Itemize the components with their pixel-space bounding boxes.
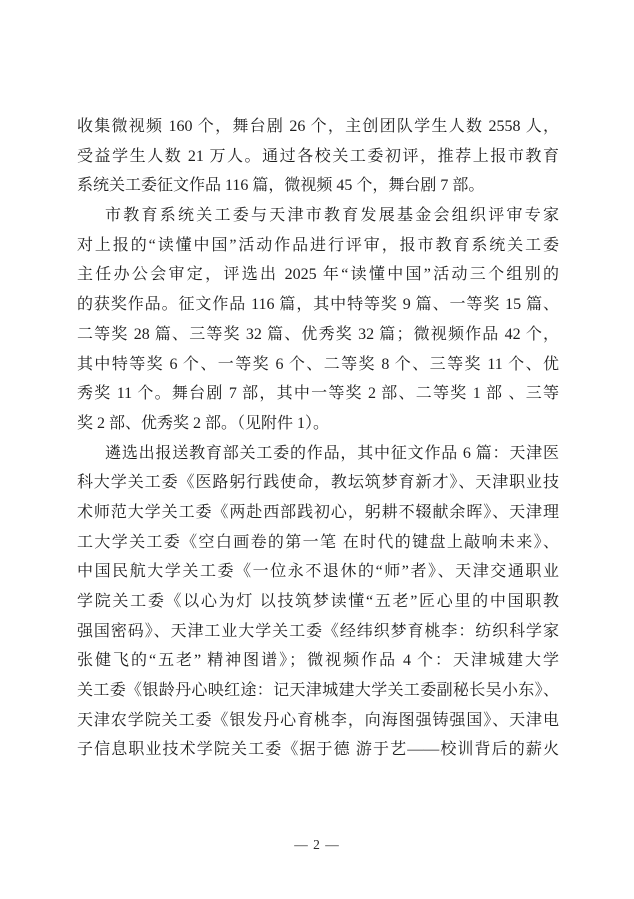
text-line: 遴选出报送教育部关工委的作品，其中征文作品 6 篇：天津医 (77, 439, 559, 469)
document-body: 收集微视频 160 个，舞台剧 26 个，主创团队学生人数 2558 人，受益学… (77, 112, 559, 765)
text-line: 其中特等奖 6 个、一等奖 6 个、二等奖 8 个、三等奖 11 个、优 (77, 350, 559, 380)
text-line: 系统关工委征文作品 116 篇，微视频 45 个，舞台剧 7 部。 (77, 171, 559, 201)
text-line: 主任办公会审定，评选出 2025 年“读懂中国”活动三个组别的 (77, 260, 559, 290)
text-line: 对上报的“读懂中国”活动作品进行评审，报市教育系统关工委 (77, 231, 559, 261)
text-line: 的获奖作品。征文作品 116 篇，其中特等奖 9 篇、一等奖 15 篇、 (77, 290, 559, 320)
text-line: 张健飞的“五老” 精神图谱》；微视频作品 4 个：天津城建大学 (77, 646, 559, 676)
text-line: 市教育系统关工委与天津市教育发展基金会组织评审专家 (77, 201, 559, 231)
text-line: 二等奖 28 篇、三等奖 32 篇、优秀奖 32 篇；微视频作品 42 个， (77, 320, 559, 350)
text-line: 工大学关工委《空白画卷的第一笔 在时代的键盘上敲响未来》、 (77, 528, 559, 558)
text-line: 奖 2 部、优秀奖 2 部。（见附件 1）。 (77, 409, 559, 439)
text-line: 术师范大学关工委《两赴西部践初心，躬耕不辍献余晖》、天津理 (77, 498, 559, 528)
text-line: 受益学生人数 21 万人。通过各校关工委初评，推荐上报市教育 (77, 142, 559, 172)
text-line: 中国民航大学关工委《一位永不退休的“师”者》、天津交通职业 (77, 557, 559, 587)
text-line: 天津农学院关工委《银发丹心育桃李，向海图强铸强国》、天津电 (77, 706, 559, 736)
text-line: 子信息职业技术学院关工委《据于德 游于艺——校训背后的薪火 (77, 735, 559, 765)
page-number: — 2 — (0, 837, 634, 853)
text-line: 秀奖 11 个。舞台剧 7 部，其中一等奖 2 部、二等奖 1 部 、三等 (77, 379, 559, 409)
text-line: 学院关工委《以心为灯 以技筑梦读懂“五老”匠心里的中国职教 (77, 587, 559, 617)
text-line: 科大学关工委《医路躬行践使命，教坛筑梦育新才》、天津职业技 (77, 468, 559, 498)
text-line: 关工委《银龄丹心映红途：记天津城建大学关工委副秘长吴小东》、 (77, 676, 559, 706)
document-page: 收集微视频 160 个，舞台剧 26 个，主创团队学生人数 2558 人，受益学… (0, 0, 634, 899)
text-line: 强国密码》、天津工业大学关工委《经纬织梦育桃李：纺织科学家 (77, 617, 559, 647)
text-line: 收集微视频 160 个，舞台剧 26 个，主创团队学生人数 2558 人， (77, 112, 559, 142)
